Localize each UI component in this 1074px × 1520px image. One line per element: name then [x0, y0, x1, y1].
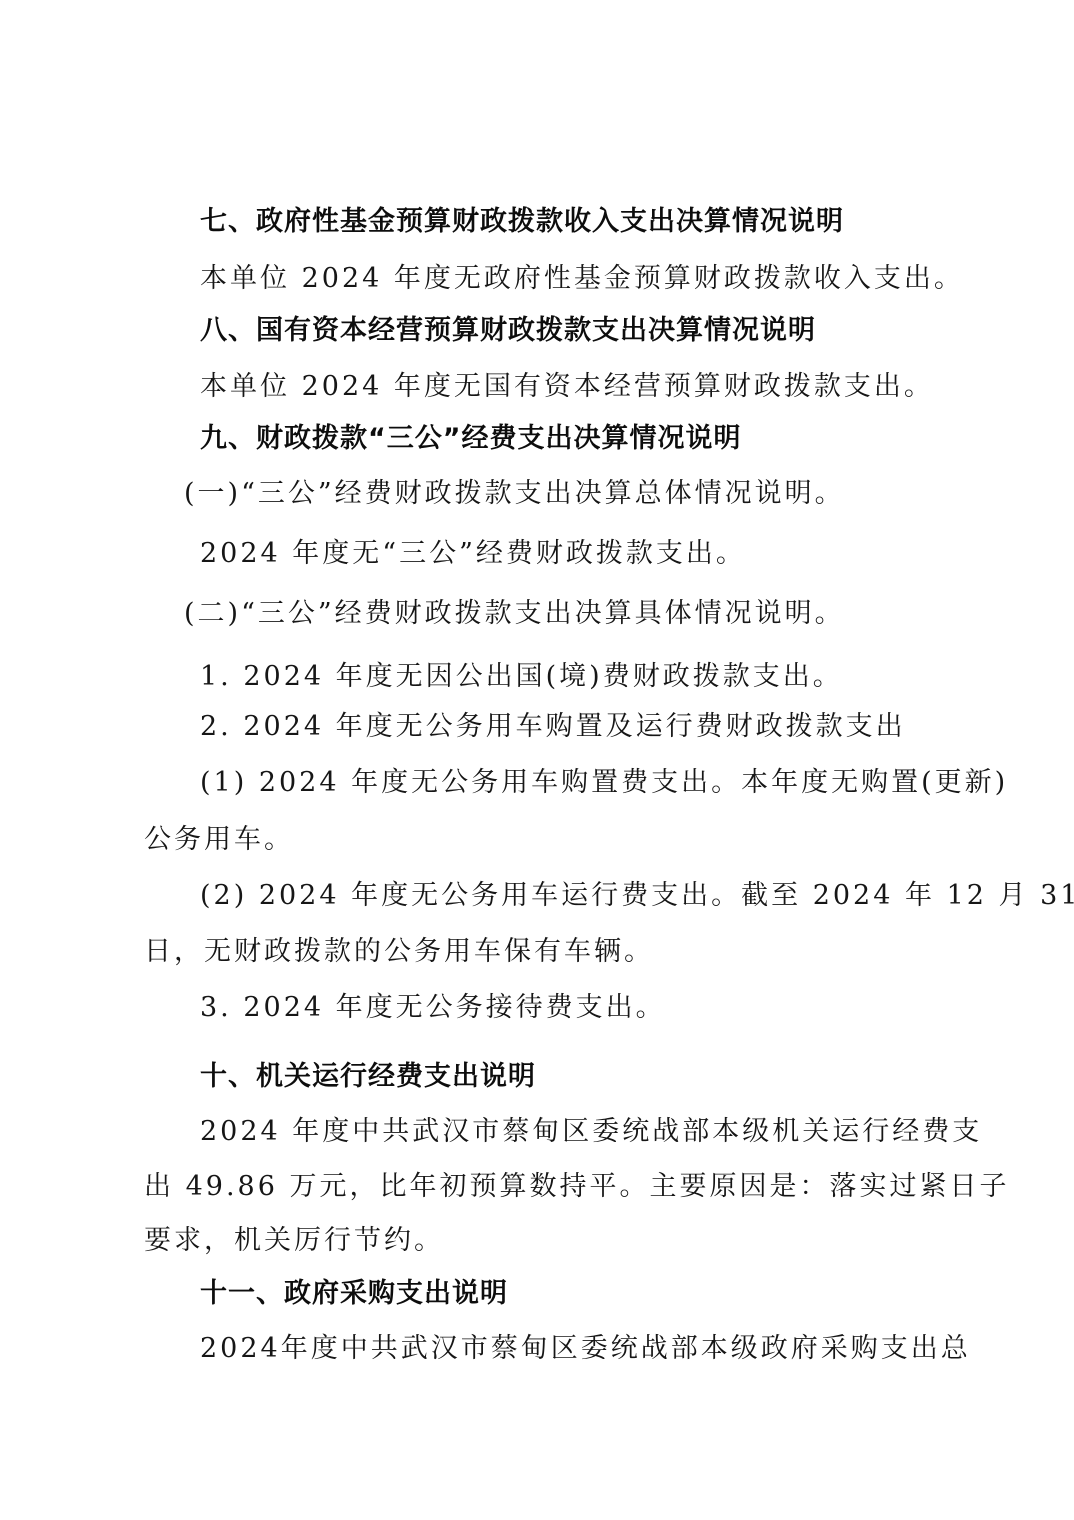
section-10-line-2: 出 49.86 万元，比年初预算数持平。主要原因是：落实过紧日子	[144, 1170, 1009, 1204]
section-9-item-2-2-cont: 日，无财政拨款的公务用车保有车辆。	[144, 935, 654, 969]
section-7-heading: 七、政府性基金预算财政拨款收入支出决算情况说明	[200, 205, 844, 239]
section-8-paragraph: 本单位 2024 年度无国有资本经营预算财政拨款支出。	[200, 370, 934, 404]
section-9-subsection-1-text: 2024 年度无“三公”经费财政拨款支出。	[200, 537, 746, 571]
section-10-heading: 十、机关运行经费支出说明	[200, 1060, 536, 1094]
section-11-heading: 十一、政府采购支出说明	[200, 1277, 508, 1311]
section-7-paragraph: 本单位 2024 年度无政府性基金预算财政拨款收入支出。	[200, 262, 964, 296]
section-9-subsection-2-title: (二)“三公”经费财政拨款支出决算具体情况说明。	[184, 597, 845, 631]
section-9-item-1: 1. 2024 年度无因公出国(境)费财政拨款支出。	[200, 660, 843, 694]
section-10-line-3: 要求，机关厉行节约。	[144, 1224, 444, 1258]
section-9-item-3: 3. 2024 年度无公务接待费支出。	[200, 991, 666, 1025]
section-9-item-2-1-cont: 公务用车。	[144, 823, 294, 857]
section-9-item-2-1: (1) 2024 年度无公务用车购置费支出。本年度无购置(更新)	[200, 766, 1008, 800]
section-10-line-1: 2024 年度中共武汉市蔡甸区委统战部本级机关运行经费支	[200, 1115, 982, 1149]
section-11-line-1: 2024年度中共武汉市蔡甸区委统战部本级政府采购支出总	[200, 1332, 971, 1366]
document-page: 七、政府性基金预算财政拨款收入支出决算情况说明 本单位 2024 年度无政府性基…	[0, 0, 1074, 1520]
section-8-heading: 八、国有资本经营预算财政拨款支出决算情况说明	[200, 314, 816, 348]
section-9-item-2: 2. 2024 年度无公务用车购置及运行费财政拨款支出	[200, 710, 906, 744]
section-9-subsection-1-title: (一)“三公”经费财政拨款支出决算总体情况说明。	[184, 477, 845, 511]
section-9-heading: 九、财政拨款“三公”经费支出决算情况说明	[200, 422, 742, 456]
section-9-item-2-2: (2) 2024 年度无公务用车运行费支出。截至 2024 年 12 月 31	[200, 879, 1074, 913]
